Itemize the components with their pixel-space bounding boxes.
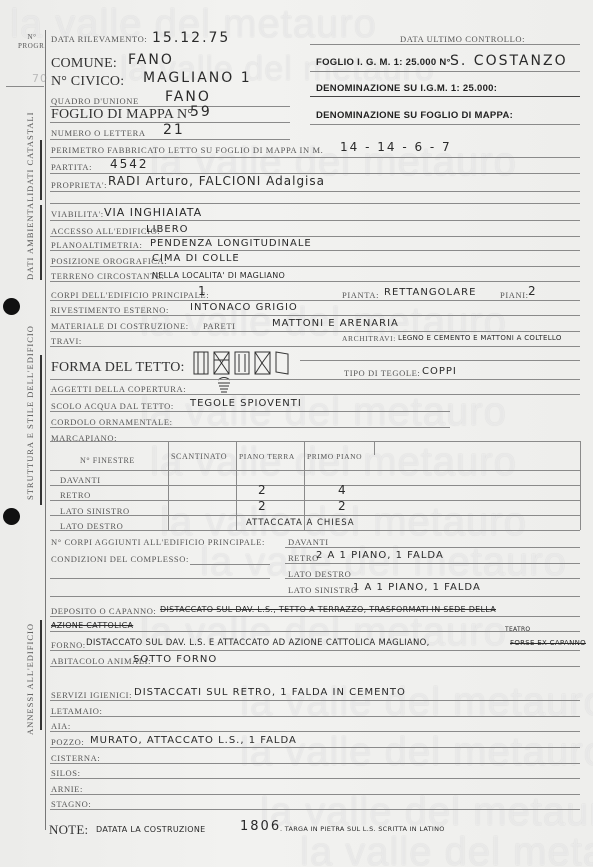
table-row-rule — [50, 470, 580, 471]
table-row-rule — [50, 500, 580, 501]
igm-denomination-label: DENOMINAZIONE SU I.G.M. 1: 25.000: — [316, 83, 497, 94]
field-line — [50, 716, 580, 717]
field-line — [50, 631, 580, 632]
section-label-ambientali: DATI AMBIENTALI — [25, 192, 35, 280]
survey-date-value: 15.12.75 — [152, 30, 230, 46]
corpi-aggiunti-label: N° CORPI AGGIUNTI ALL'EDIFICIO PRINCIPAL… — [51, 537, 265, 547]
forno-struck-value: FORSE EX CAPANNO — [510, 639, 586, 647]
table-cell: 4 — [338, 483, 348, 497]
foglio-mappa-label: FOGLIO DI MAPPA N° — [51, 107, 193, 123]
retro-label: RETRO — [288, 553, 319, 563]
field-line — [50, 379, 580, 380]
field-line — [50, 281, 580, 282]
silos-label: SILOS: — [51, 768, 81, 778]
field-line — [50, 139, 290, 140]
stagno-label: STAGNO: — [51, 799, 91, 809]
survey-date-label: DATA RILEVAMENTO: — [51, 34, 147, 44]
field-line — [285, 578, 580, 579]
pianta-label: PIANTA: — [342, 290, 379, 300]
field-line — [50, 203, 580, 204]
section-label-annessi: ANNESSI ALL'EDIFICIO — [25, 623, 35, 735]
field-line — [50, 300, 350, 301]
accesso-label: ACCESSO ALL'EDIFICIO: — [51, 226, 160, 236]
watermark: la valle del metauro — [150, 440, 517, 485]
field-line — [310, 44, 580, 45]
field-line — [50, 794, 580, 795]
civico-label: N° CIVICO: — [51, 74, 124, 90]
civico-value: MAGLIANO 1 — [143, 70, 252, 86]
viabilita-value: VIA INGHIAIATA — [104, 206, 202, 219]
terreno-label: TERRENO CIRCOSTANTE: — [51, 271, 165, 281]
piani-label: PIANI: — [500, 290, 529, 300]
deposito-value-cont: AZIONE CATTOLICA — [51, 621, 133, 630]
forma-tetto-label: FORMA DEL TETTO: — [51, 360, 185, 376]
note-text-a: DATATA LA COSTRUZIONE — [96, 825, 206, 834]
section-bracket — [40, 355, 42, 505]
partita-value: 4542 — [110, 157, 149, 171]
rivestimento-label: RIVESTIMENTO ESTERNO: — [51, 305, 169, 315]
forno-note: TEATRO — [505, 626, 530, 633]
pianta-value: RETTANGOLARE — [384, 287, 476, 298]
corpi-label: CORPI DELL'EDIFICIO PRINCIPALE: — [51, 290, 209, 300]
note-text-b: . TARGA IN PIETRA SUL L.S. SCRITTA IN LA… — [280, 825, 445, 833]
corpi-value: 1 — [198, 284, 208, 298]
section-bracket — [40, 620, 42, 730]
tipo-tegole-value: COPPI — [422, 366, 457, 377]
quadro-label: QUADRO D'UNIONE — [51, 96, 139, 106]
tipo-tegole-label: TIPO DI TEGOLE: — [344, 368, 420, 378]
abitacolo-value: SOTTO FORNO — [133, 654, 217, 665]
field-line — [285, 547, 580, 548]
field-line — [50, 315, 580, 316]
field-line — [310, 71, 580, 72]
table-row-label: DAVANTI — [60, 475, 101, 485]
cordolo-label: CORDOLO ORNAMENTALE: — [51, 417, 173, 427]
numero-value: 21 — [163, 122, 185, 138]
field-line — [50, 191, 580, 192]
field-line — [50, 809, 580, 810]
proprieta-value: RADI Arturo, FALCIONI Adalgisa — [108, 174, 325, 188]
field-line — [310, 124, 580, 125]
perimetro-value: 14 - 14 - 6 - 7 — [340, 140, 452, 154]
accesso-value: LIBERO — [146, 224, 189, 235]
field-line — [50, 411, 450, 412]
field-line — [50, 236, 580, 237]
margin-rule — [45, 30, 46, 830]
field-line — [190, 564, 270, 565]
table-cell: 2 — [258, 499, 268, 513]
aia-label: AIA: — [51, 721, 71, 731]
igm-sheet-value: S. COSTANZO — [450, 53, 568, 69]
note-year: 1806 — [240, 819, 281, 834]
progressive-number-label: N° PROGR. — [18, 33, 46, 51]
comune-value: FANO — [128, 52, 174, 68]
table-col-rule — [374, 441, 375, 455]
field-line — [50, 763, 580, 764]
pozzo-value: MURATO, ATTACCATO L.S., 1 FALDA — [90, 735, 297, 746]
table-col-rule — [580, 441, 581, 530]
table-header-finestre: N° FINESTRE — [80, 456, 135, 465]
survey-form-page: la valle del metauro la valle del metaur… — [0, 0, 593, 867]
architravi-value: LEGNO E CEMENTO E MATTONI A COLTELLO — [398, 334, 562, 342]
lato-sinistro-value: 1 A 1 PIANO, 1 FALDA — [353, 582, 481, 593]
deposito-label: DEPOSITO o CAPANNO: — [51, 606, 156, 616]
field-line — [285, 563, 580, 564]
letamaio-label: LETAMAIO: — [51, 706, 102, 716]
travi-label: TRAVI: — [51, 336, 82, 346]
rivestimento-value: INTONACO GRIGIO — [190, 302, 298, 313]
table-cell: 2 — [338, 499, 348, 513]
section-bracket — [40, 205, 42, 280]
field-line — [50, 747, 580, 748]
table-header-piano-terra: PIANO TERRA — [239, 452, 295, 461]
servizi-value: DISTACCATI SUL RETRO, 1 FALDA IN CEMENTO — [134, 687, 406, 698]
igm-sheet-label: FOGLIO I. G. M. 1: 25.000 N° — [316, 57, 451, 68]
forno-value: DISTACCATO SUL DAV. L.S. E ATTACCATO AD … — [86, 638, 430, 648]
field-line — [50, 578, 270, 579]
field-line — [50, 346, 580, 347]
cisterna-label: CISTERNA: — [51, 753, 100, 763]
terreno-value: NELLA LOCALITA' DI MAGLIANO — [152, 271, 285, 280]
field-line — [50, 778, 580, 779]
section-bracket — [40, 140, 42, 200]
partita-label: PARTITA: — [51, 162, 92, 172]
table-header-primo-piano: PRIMO PIANO — [307, 452, 362, 461]
field-line — [50, 250, 580, 251]
field-line — [50, 616, 580, 617]
last-check-label: DATA ULTIMO CONTROLLO: — [400, 34, 525, 44]
pozzo-label: POZZO: — [51, 737, 84, 747]
aggetti-label: AGGETTI DELLA COPERTURA: — [51, 384, 186, 394]
field-line — [50, 731, 580, 732]
table-row-label: RETRO — [60, 490, 91, 500]
section-label-struttura: STRUTTURA E STILE DELL'EDIFICIO — [25, 325, 35, 500]
posizione-value: CIMA DI COLLE — [152, 253, 240, 264]
note-label: NOTE: — [49, 822, 88, 838]
punch-hole — [3, 508, 20, 525]
watermark: la valle del metauro — [300, 830, 593, 867]
viabilita-label: VIABILITA': — [51, 209, 104, 219]
table-bottom-rule — [50, 530, 580, 531]
forno-label: FORNO: — [51, 640, 86, 650]
scolo-value: TEGOLE SPIOVENTI — [190, 398, 302, 409]
davanti-label: DAVANTI — [288, 537, 329, 547]
field-line — [50, 596, 580, 597]
materiale-value: MATTONI E ARENARIA — [272, 318, 399, 329]
table-row-rule — [50, 485, 580, 486]
field-line — [350, 300, 580, 301]
arnie-label: ARNIE: — [51, 784, 83, 794]
posizione-label: POSIZIONE OROGRAFICA: — [51, 256, 167, 266]
table-cell: ATTACCATA A CHIESA — [246, 518, 355, 528]
piani-value: 2 — [528, 284, 538, 298]
numero-label: NUMERO o LETTERA — [51, 128, 146, 138]
condizioni-label: CONDIZIONI DEL COMPLESSO: — [51, 554, 189, 564]
field-line — [50, 427, 450, 428]
foglio-mappa-value: 59 — [190, 104, 212, 120]
table-header-scantinato: SCANTINATO — [171, 452, 227, 461]
field-line — [50, 220, 580, 221]
map-denomination-label: DENOMINAZIONE SU FOGLIO DI MAPPA: — [316, 110, 513, 121]
field-line — [50, 331, 580, 332]
section-label-catastali: DATI CATASTALI — [25, 112, 35, 192]
field-line — [50, 650, 580, 651]
servizi-label: SERVIZI IGIENICI: — [51, 690, 132, 700]
materiale-label: MATERIALE DI COSTRUZIONE: — [51, 321, 189, 331]
perimetro-label: PERIMETRO FABBRICATO LETTO SU FOGLIO DI … — [51, 145, 323, 155]
field-line — [50, 266, 580, 267]
proprieta-label: PROPRIETA': — [51, 180, 107, 190]
architravi-label: ARCHITRAVI: — [342, 334, 396, 343]
comune-label: COMUNE: — [51, 56, 117, 72]
field-line — [50, 666, 580, 667]
field-line — [50, 394, 580, 395]
lato-sinistro-label: LATO SINISTRO — [288, 585, 358, 595]
field-line — [310, 96, 580, 97]
quadro-value: FANO — [165, 89, 211, 105]
punch-hole — [3, 298, 20, 315]
deposito-value: DISTACCATO SUL DAV. L.S., TETTO A TERRAZ… — [160, 605, 496, 614]
scolo-label: SCOLO ACQUA DAL TETTO: — [51, 401, 174, 411]
roof-shape-diagrams-icon — [192, 350, 302, 400]
field-line — [300, 360, 580, 361]
table-top-rule — [50, 441, 580, 442]
planoaltimetria-value: PENDENZA LONGITUDINALE — [150, 238, 312, 249]
field-line — [50, 700, 580, 701]
planoaltimetria-label: PLANOALTIMETRIA: — [51, 240, 142, 250]
materiale-sub-label: PARETI — [203, 321, 236, 331]
table-cell: 2 — [258, 483, 268, 497]
divider — [6, 86, 44, 87]
table-row-rule — [50, 515, 580, 516]
retro-value: 2 A 1 PIANO, 1 FALDA — [316, 550, 444, 561]
